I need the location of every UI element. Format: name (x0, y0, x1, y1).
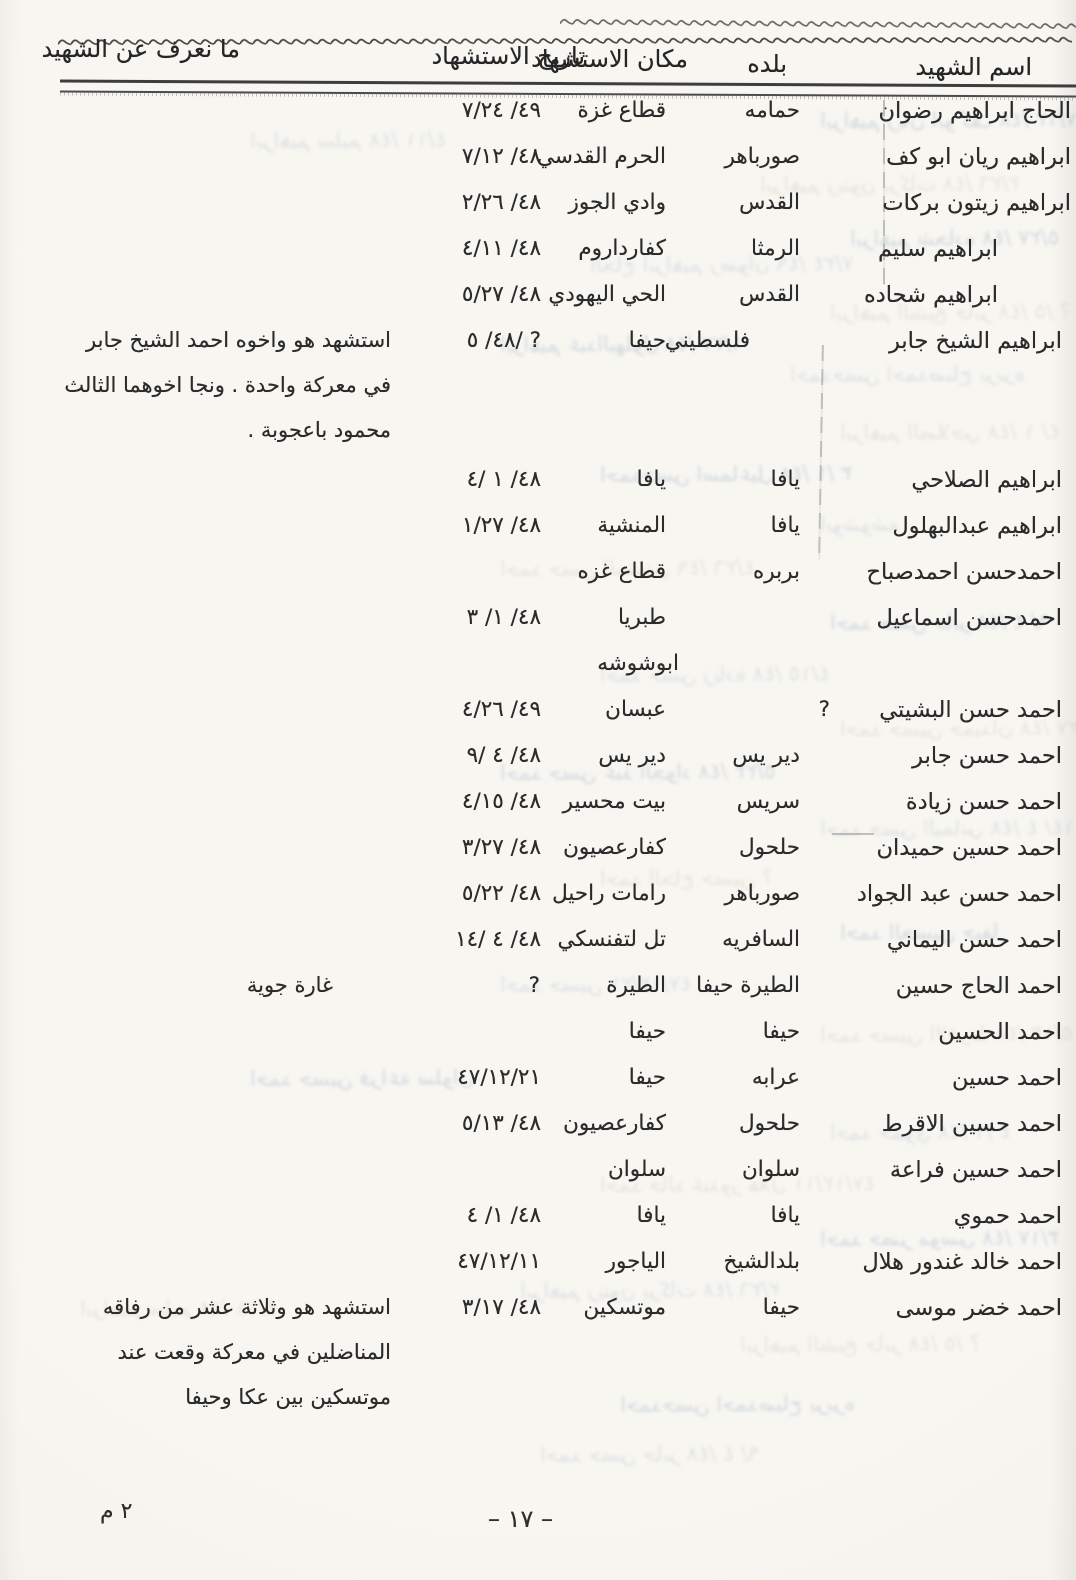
martyrdom-date: ٤٨/ ٤ /٩ (391, 733, 546, 779)
martyr-name: احمد حموي (855, 1193, 1076, 1239)
table-row: احمد الحاج حسين الطيرة حيفا الطيرة ? غار… (55, 963, 1076, 1009)
martyrdom-date: ٤٨/ ٥/٢٧ (391, 272, 546, 318)
martyr-town: سريس (681, 779, 855, 825)
table-row: احمد حسين عرابه حيفا ٤٧/١٢/٢١ (55, 1055, 1076, 1101)
martyrdom-date: ٤٨/ ٣/١٧ (391, 1285, 546, 1331)
martyr-name: احمد حسين (855, 1055, 1076, 1101)
table-row: احمد حسن زيادة سريس بيت محسير ٤٨/ ٤/١٥ (55, 779, 1076, 825)
martyrdom-place: كفارداروم (546, 226, 681, 272)
table-row: ابراهيم شحاده القدس الحي اليهودي ٤٨/ ٥/٢… (55, 272, 1076, 318)
martyrdom-place: كفارعصيون (546, 825, 681, 871)
martyr-town: فلسطيني (681, 318, 855, 364)
table-row: احمد حسين الاقرط حلحول كفارعصيون ٤٨/ ٥/١… (55, 1101, 1076, 1147)
martyrdom-date-value: ٤٨/ ١/ ٤ (467, 1203, 541, 1228)
martyr-name: ابراهيم شحاده (855, 272, 1076, 318)
martyr-name: احمد حسن البشيتي (855, 687, 1076, 733)
martyr-name: احمد خالد غندور هلال (855, 1239, 1076, 1285)
martyrdom-date-value: ٤٨/ ٥/٢٢ (462, 881, 541, 906)
martyrdom-date-value: ٤٨/ ٤/١٥ (462, 789, 541, 814)
martyrdom-place: رامات راحيل (546, 871, 681, 917)
martyr-town: حمامه (681, 88, 855, 134)
table-row: ابوشوشه (55, 641, 1076, 687)
martyr-town: عرابه (681, 1055, 855, 1101)
martyrdom-date-value: ٤٨/ ١ /٤ (467, 467, 541, 492)
martyr-notes: استشهد هو وثلاثة عشر من رفاقه المناضلين … (55, 1285, 391, 1420)
martyr-town: حلحول (681, 1101, 855, 1147)
martyrdom-date: ٤٧/١٢/٢١ (391, 1055, 546, 1101)
martyr-name: ابراهيم ريان ابو كف (855, 134, 1076, 180)
martyrdom-date-value: ٤٨/ ٤ /٩ (467, 743, 541, 768)
martyrdom-date-value: ٤٨/ ١/٢٧ (462, 513, 541, 538)
martyr-name: احمد خضر موسى (855, 1285, 1076, 1331)
column-header-date: تاريخ الاستشهاد (431, 42, 585, 70)
martyr-town: بلدالشيخ (681, 1239, 855, 1285)
table-row: احمد حموي يافا يافا ٤٨/ ١/ ٤ (55, 1193, 1076, 1239)
martyrdom-place: كفارعصيون (546, 1101, 681, 1147)
martyrdom-place: حيفا (546, 1009, 681, 1055)
martyrdom-place: قطاع غزة (546, 88, 681, 134)
martyr-town: السافريه (681, 917, 855, 963)
martyr-name: ابراهيم الصلاحي (855, 457, 1076, 503)
column-header-name: اسم الشهيد (915, 53, 1032, 81)
scanned-document-page: ابراهيم ريان ابو كف ٤٨/ ٧/١٢ابراهيم سليم… (0, 0, 1076, 1580)
footer-note: ٢ م (100, 1499, 132, 1524)
martyrdom-date-value: ٤٨/ ٥/٢٧ (462, 282, 541, 307)
martyrdom-date: ٤٨/ ١ /٤ (391, 457, 546, 503)
martyrdom-place: الطيرة (546, 963, 681, 1009)
wavy-separator-icon (560, 12, 1076, 29)
martyrdom-place: حيفا (546, 1055, 681, 1101)
martyrdom-date: ٤٧/١٢/١١ (391, 1239, 546, 1285)
martyrdom-date: ٤٨/ ٧/١٢ (391, 134, 546, 180)
table-row: احمد الحسين حيفا حيفا (55, 1009, 1076, 1055)
table-row: احمد خالد غندور هلال بلدالشيخ الياجور ٤٧… (55, 1239, 1076, 1285)
table-row: احمد حسن جابر دير يس دير يس ٤٨/ ٤ /٩ (55, 733, 1076, 779)
martyr-town: حلحول (681, 825, 855, 871)
table-row: ابراهيم سليم الرمثا كفارداروم ٤٨/ ٤/١١ (55, 226, 1076, 272)
martyrdom-date: ٤٨/ ١/ ٣ (391, 595, 546, 641)
martyrdom-place: دير يس (546, 733, 681, 779)
martyrdom-date-value: ? (529, 973, 541, 998)
martyrdom-date: ٤٩/ ٤/٢٦ (391, 687, 546, 733)
martyrdom-place: حيفا (546, 318, 681, 364)
martyrdom-place: المنشية (546, 503, 681, 549)
table-row: احمد خضر موسى حيفا موتسكين ٤٨/ ٣/١٧ استش… (55, 1285, 1076, 1435)
martyrdom-place: يافا (546, 1193, 681, 1239)
martyrdom-place: بيت محسير (546, 779, 681, 825)
column-header-town: بلده (747, 50, 787, 78)
martyr-name: احمد حسين حميدان (855, 825, 1076, 871)
martyr-notes: غارة جوية (55, 963, 391, 1008)
martyrdom-date-value: ٤٨/ ١/ ٣ (467, 605, 541, 630)
martyrdom-place: قطاع غزه (546, 549, 681, 595)
martyrdom-date: ٤٨/ ٢/٢٦ (391, 180, 546, 226)
martyr-name: احمد حسن اليماني (855, 917, 1076, 963)
table-row: احمد حسن البشيتي ? عبسان ٤٩/ ٤/٢٦ (55, 687, 1076, 733)
martyrdom-date: ٤٨/ ٤ /١٤ (391, 917, 546, 963)
martyr-name: احمد حسن عبد الجواد (855, 871, 1076, 917)
martyrdom-date-value: ٤٧/١٢/١١ (457, 1249, 541, 1274)
martyr-town: القدس (681, 180, 855, 226)
martyrdom-date: ? (391, 963, 546, 1009)
martyrdom-place: موتسكين (546, 1285, 681, 1331)
martyr-name: احمد حسين فراعة (855, 1147, 1076, 1193)
martyrdom-place: الحي اليهودي (546, 272, 681, 318)
martyr-name: احمدحسن احمدصباح (855, 549, 1076, 595)
martyrdom-date-value: ٤٩/ ٤/٢٦ (462, 697, 541, 722)
martyrdom-date-value: ٤٨/ ٤ /١٤ (455, 927, 541, 952)
martyrdom-date-value: ٤٧/١٢/٢١ (457, 1065, 541, 1090)
martyrdom-date: ٤٨/ ٣/٢٧ (391, 825, 546, 871)
martyr-town: صورباهر (681, 871, 855, 917)
martyrdom-date: ٤٨/ ١/ ٤ (391, 1193, 546, 1239)
martyr-town: ? (681, 687, 855, 733)
martyrdom-date: ٤٨/ ٥/١٣ (391, 1101, 546, 1147)
martyrdom-date: ٤٨/ ٤/١٥ (391, 779, 546, 825)
martyrdom-date-value: ٤٨/ ٤/١١ (462, 236, 541, 261)
martyr-town: يافا (681, 1193, 855, 1239)
table-row: احمد حسين حميدان حلحول كفارعصيون ٤٨/ ٣/٢… (55, 825, 1076, 871)
table-row: ابراهيم ريان ابو كف صورباهر الحرم القدسي… (55, 134, 1076, 180)
martyrdom-place: طبريا (546, 595, 681, 641)
martyr-name: ابراهيم الشيخ جابر (855, 318, 1076, 364)
martyrdom-place: وادي الجوز (546, 180, 681, 226)
martyrdom-date-value: ٤٨/ ٥/ ? (467, 328, 541, 353)
martyrdom-date: ٤٨/ ٤/١١ (391, 226, 546, 272)
martyr-town: الطيرة حيفا (681, 963, 855, 1009)
martyr-name: احمد حسن جابر (855, 733, 1076, 779)
martyr-town: سلوان (681, 1147, 855, 1193)
martyrdom-date-value: ٤٨/ ٣/٢٧ (462, 835, 541, 860)
martyr-name: ابراهيم زيتون بركات (855, 180, 1076, 226)
table-row: احمد حسن عبد الجواد صورباهر رامات راحيل … (55, 871, 1076, 917)
table-row: احمدحسن احمدصباح بربره قطاع غزه (55, 549, 1076, 595)
martyrdom-date: ٤٨/ ١/٢٧ (391, 503, 546, 549)
table-row: احمد حسن اليماني السافريه تل لتفنسكي ٤٨/… (55, 917, 1076, 963)
martyr-town: الرمثا (681, 226, 855, 272)
martyr-town: بربره (681, 549, 855, 595)
table-row: ابراهيم الشيخ جابر فلسطيني حيفا ٤٨/ ٥/ ?… (55, 318, 1076, 457)
martyrdom-place: الياجور (546, 1239, 681, 1285)
martyrdom-date: ٤٩/ ٧/٢٤ (391, 88, 546, 134)
martyr-town: يافا (681, 503, 855, 549)
martyr-name: احمدحسن اسماعيل (855, 595, 1076, 641)
martyr-town: حيفا (681, 1009, 855, 1055)
martyrdom-date: ٤٨/ ٥/ ? (391, 318, 546, 364)
martyrdom-date-value: ٤٨/ ٧/١٢ (462, 144, 541, 169)
martyr-name: احمد حسن زيادة (855, 779, 1076, 825)
martyrdom-place: ابوشوشه (546, 641, 681, 687)
page-number: – ١٧ – (488, 1505, 553, 1533)
martyr-town: صورباهر (681, 134, 855, 180)
martyr-name: ابراهيم عبدالبهلول (855, 503, 1076, 549)
martyrdom-date-value: ٤٨/ ٣/١٧ (462, 1295, 541, 1320)
martyrdom-place: الحرم القدسي (546, 134, 681, 180)
martyrdom-place: يافا (546, 457, 681, 503)
martyr-name: احمد الحسين (855, 1009, 1076, 1055)
martyrdom-date: ٤٨/ ٥/٢٢ (391, 871, 546, 917)
table-row: ابراهيم عبدالبهلول يافا المنشية ٤٨/ ١/٢٧ (55, 503, 1076, 549)
martyr-notes: استشهد هو واخوه احمد الشيخ جابر في معركة… (55, 318, 391, 453)
martyrdom-date-value: ٤٨/ ٥/١٣ (462, 1111, 541, 1136)
martyr-name: الحاج ابراهيم رضوان (855, 88, 1076, 134)
table-row: احمد حسين فراعة سلوان سلوان (55, 1147, 1076, 1193)
column-header-notes: ما نعرف عن الشهيد (42, 35, 240, 63)
martyr-town: دير يس (681, 733, 855, 779)
page-content: اسم الشهيد بلده مكان الاستشهاد تاريخ الا… (0, 0, 1076, 1580)
martyrs-table-body: الحاج ابراهيم رضوان حمامه قطاع غزة ٤٩/ ٧… (55, 88, 1076, 1435)
martyr-name: ابراهيم سليم (855, 226, 1076, 272)
martyrdom-place: عبسان (546, 687, 681, 733)
wavy-line-top (560, 15, 1076, 32)
martyr-town: القدس (681, 272, 855, 318)
martyr-name: احمد حسين الاقرط (855, 1101, 1076, 1147)
martyrdom-place: سلوان (546, 1147, 681, 1193)
martyrdom-date-value: ٤٩/ ٧/٢٤ (462, 98, 541, 123)
martyrdom-place: تل لتفنسكي (546, 917, 681, 963)
martyr-name: احمد الحاج حسين (855, 963, 1076, 1009)
martyr-town: يافا (681, 457, 855, 503)
table-row: ابراهيم زيتون بركات القدس وادي الجوز ٤٨/… (55, 180, 1076, 226)
table-row: ابراهيم الصلاحي يافا يافا ٤٨/ ١ /٤ (55, 457, 1076, 503)
table-row: الحاج ابراهيم رضوان حمامه قطاع غزة ٤٩/ ٧… (55, 88, 1076, 134)
martyr-town: حيفا (681, 1285, 855, 1331)
table-row: احمدحسن اسماعيل طبريا ٤٨/ ١/ ٣ (55, 595, 1076, 641)
martyrdom-date-value: ٤٨/ ٢/٢٦ (462, 190, 541, 215)
